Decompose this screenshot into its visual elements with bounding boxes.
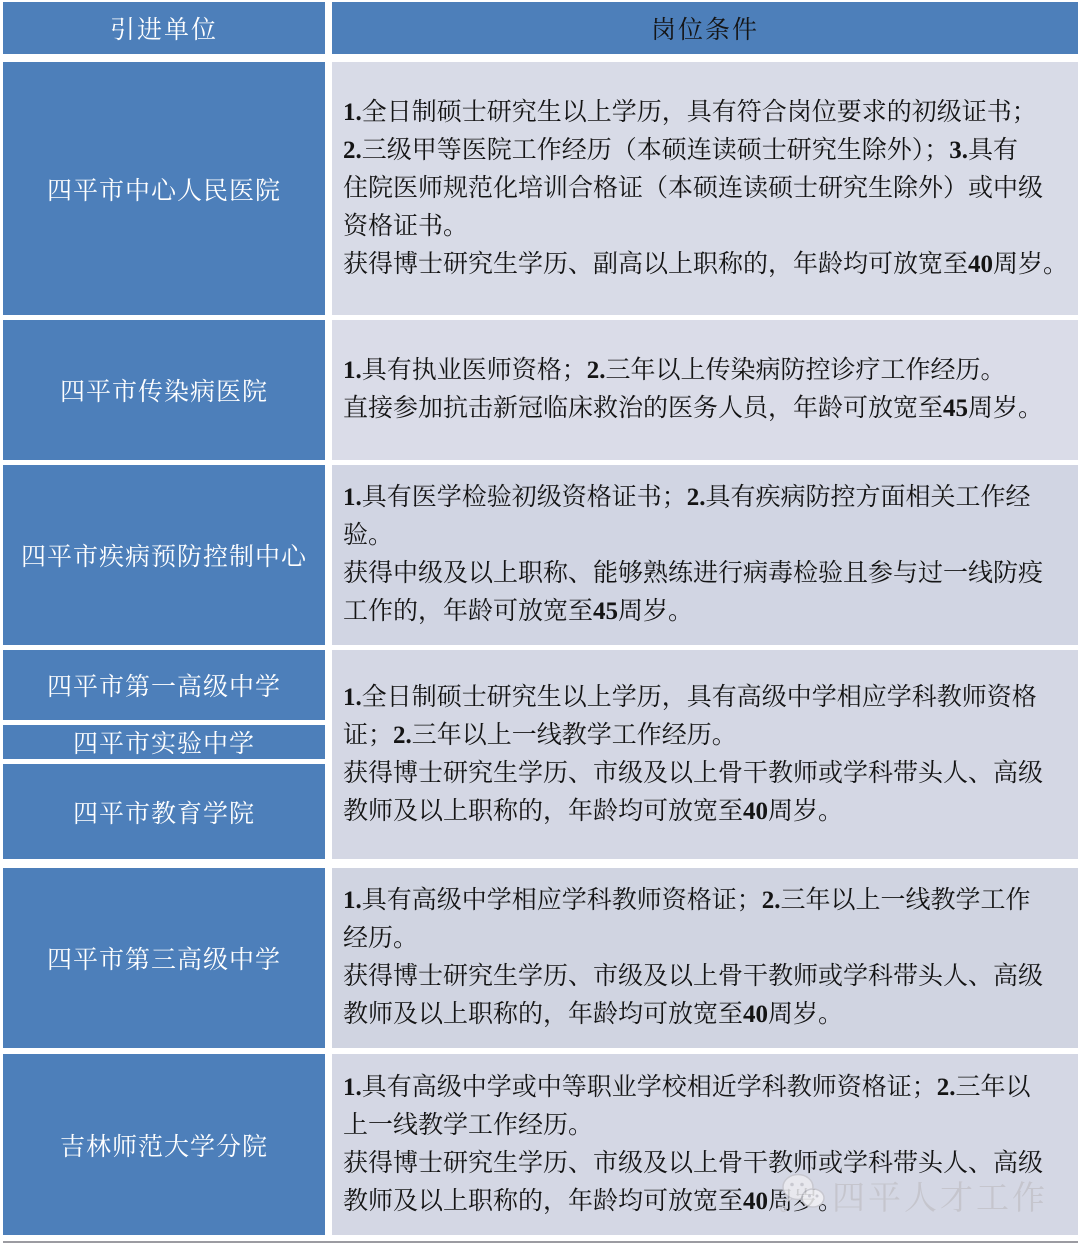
- unit-cell: 四平市疾病预防控制中心: [3, 465, 325, 645]
- requirements-text: 1.全日制硕士研究生以上学历，具有符合岗位要求的初级证书；2.三级甲等医院工作经…: [343, 94, 1068, 284]
- requirements-cell: 1.具有执业医师资格；2.三年以上传染病防控诊疗工作经历。直接参加抗击新冠临床救…: [332, 320, 1078, 460]
- table-row: 吉林师范大学分院 1.具有高级中学或中等职业学校相近学科教师资格证；2.三年以上…: [3, 1054, 1078, 1235]
- requirements-text: 1.具有高级中学或中等职业学校相近学科教师资格证；2.三年以上一线教学工作经历。…: [343, 1069, 1043, 1221]
- requirements-cell: 1.具有高级中学相应学科教师资格证；2.三年以上一线教学工作经历。获得博士研究生…: [332, 868, 1078, 1048]
- table-bottom-border: [3, 1235, 1078, 1243]
- unit-cell: 四平市传染病医院: [3, 320, 325, 460]
- header-cell-unit: 引进单位: [3, 2, 325, 54]
- table-row-group: 四平市第一高级中学 四平市实验中学 四平市教育学院 1.全日制硕士研究生以上学历…: [3, 650, 1078, 859]
- unit-name: 四平市第一高级中学: [47, 667, 281, 703]
- unit-name: 四平市传染病医院: [60, 372, 268, 408]
- header-cell-condition: 岗位条件: [332, 2, 1078, 54]
- table-row: 四平市传染病医院 1.具有执业医师资格；2.三年以上传染病防控诊疗工作经历。直接…: [3, 320, 1078, 460]
- unit-name: 四平市第三高级中学: [47, 940, 281, 976]
- unit-name: 四平市实验中学: [73, 724, 255, 760]
- requirements-cell: 1.全日制硕士研究生以上学历，具有符合岗位要求的初级证书；2.三级甲等医院工作经…: [332, 62, 1078, 315]
- table-row: 四平市疾病预防控制中心 1.具有医学检验初级资格证书；2.具有疾病防控方面相关工…: [3, 465, 1078, 645]
- header-unit-label: 引进单位: [110, 10, 218, 46]
- requirements-text: 1.具有执业医师资格；2.三年以上传染病防控诊疗工作经历。直接参加抗击新冠临床救…: [343, 352, 1043, 428]
- requirements-text: 1.具有高级中学相应学科教师资格证；2.三年以上一线教学工作经历。获得博士研究生…: [343, 882, 1043, 1034]
- requirements-text: 1.具有医学检验初级资格证书；2.具有疾病防控方面相关工作经验。获得中级及以上职…: [343, 479, 1043, 631]
- unit-cell: 吉林师范大学分院: [3, 1054, 325, 1235]
- unit-name: 四平市教育学院: [73, 794, 255, 830]
- unit-cell: 四平市第三高级中学: [3, 868, 325, 1048]
- unit-cell: 四平市第一高级中学: [3, 650, 325, 720]
- requirements-cell: 1.具有医学检验初级资格证书；2.具有疾病防控方面相关工作经验。获得中级及以上职…: [332, 465, 1078, 645]
- unit-cell: 四平市中心人民医院: [3, 62, 325, 315]
- unit-cell: 四平市实验中学: [3, 725, 325, 759]
- unit-name: 四平市疾病预防控制中心: [21, 537, 307, 573]
- requirements-cell-merged: 1.全日制硕士研究生以上学历，具有高级中学相应学科教师资格证；2.三年以上一线教…: [332, 650, 1078, 859]
- unit-name: 四平市中心人民医院: [47, 171, 281, 207]
- unit-name: 吉林师范大学分院: [60, 1127, 268, 1163]
- requirements-text: 1.全日制硕士研究生以上学历，具有高级中学相应学科教师资格证；2.三年以上一线教…: [343, 679, 1043, 831]
- header-condition-label: 岗位条件: [651, 10, 759, 46]
- table-row: 四平市中心人民医院 1.全日制硕士研究生以上学历，具有符合岗位要求的初级证书；2…: [3, 62, 1078, 315]
- table-row: 四平市第三高级中学 1.具有高级中学相应学科教师资格证；2.三年以上一线教学工作…: [3, 868, 1078, 1048]
- requirements-cell: 1.具有高级中学或中等职业学校相近学科教师资格证；2.三年以上一线教学工作经历。…: [332, 1054, 1078, 1235]
- unit-cell: 四平市教育学院: [3, 764, 325, 859]
- recruitment-table: 引进单位 岗位条件 四平市中心人民医院 1.全日制硕士研究生以上学历，具有符合岗…: [0, 0, 1080, 1243]
- unit-cell-stack: 四平市第一高级中学 四平市实验中学 四平市教育学院: [3, 650, 325, 859]
- table-header-row: 引进单位 岗位条件: [3, 2, 1078, 54]
